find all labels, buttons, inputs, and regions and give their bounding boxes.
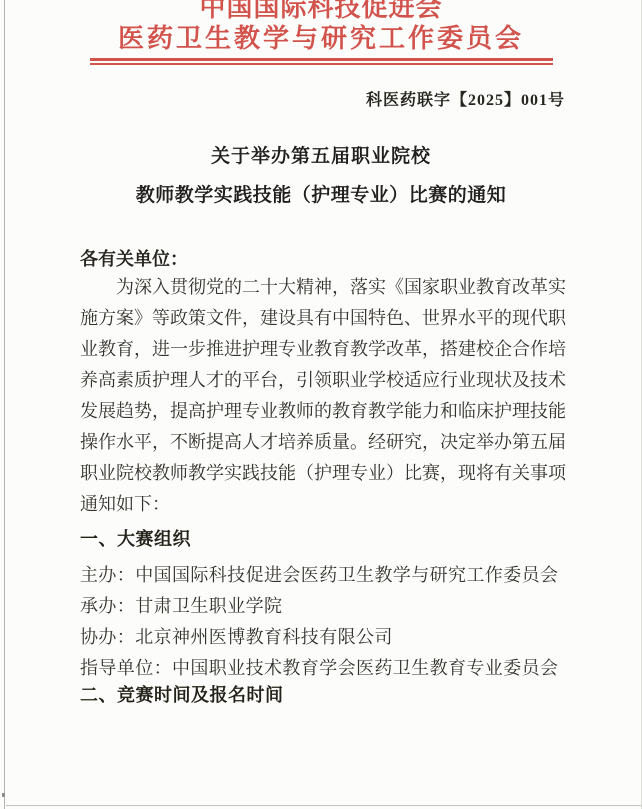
document-reference-number: 科医药联字【2025】001号 [0, 87, 642, 110]
scan-speck [2, 793, 5, 797]
notice-title-line2: 教师教学实践技能（护理专业）比赛的通知 [0, 185, 642, 207]
letterhead-red-rule [90, 58, 553, 65]
page-scan-left-edge [4, 0, 5, 809]
organizer-list: 主办：中国国际科技促进会医药卫生教学与研究工作委员会 承办：甘肃卫生职业学院 协… [80, 560, 582, 684]
body-paragraph: 为深入贯彻党的二十大精神，落实《国家职业教育改革实施方案》等政策文件，建设具有中… [80, 272, 566, 520]
organizer-co-organizer: 协办：北京神州医博教育科技有限公司 [80, 622, 582, 653]
organizer-guidance-unit: 指导单位：中国职业技术教育学会医药卫生教育专业委员会 [80, 653, 582, 684]
page-scan-bottom-edge [6, 805, 642, 806]
letterhead: 中国国际科技促进会 医药卫生教学与研究工作委员会 [0, 0, 642, 54]
salutation: 各有关单位： [80, 249, 642, 270]
section-1-heading: 一、大赛组织 [80, 528, 642, 550]
issuing-org-name-line1: 中国国际科技促进会 [0, 0, 642, 23]
organizer-host: 主办：中国国际科技促进会医药卫生教学与研究工作委员会 [80, 560, 582, 591]
scanned-notice-page: 中国国际科技促进会 医药卫生教学与研究工作委员会 科医药联字【2025】001号… [0, 0, 642, 809]
issuing-org-name-line2: 医药卫生教学与研究工作委员会 [0, 24, 642, 54]
section-2-heading: 二、竞赛时间及报名时间 [80, 684, 642, 706]
organizer-undertaker: 承办：甘肃卫生职业学院 [80, 591, 582, 622]
notice-title-line1: 关于举办第五届职业院校 [0, 146, 642, 168]
notice-title: 关于举办第五届职业院校 教师教学实践技能（护理专业）比赛的通知 [0, 146, 642, 207]
